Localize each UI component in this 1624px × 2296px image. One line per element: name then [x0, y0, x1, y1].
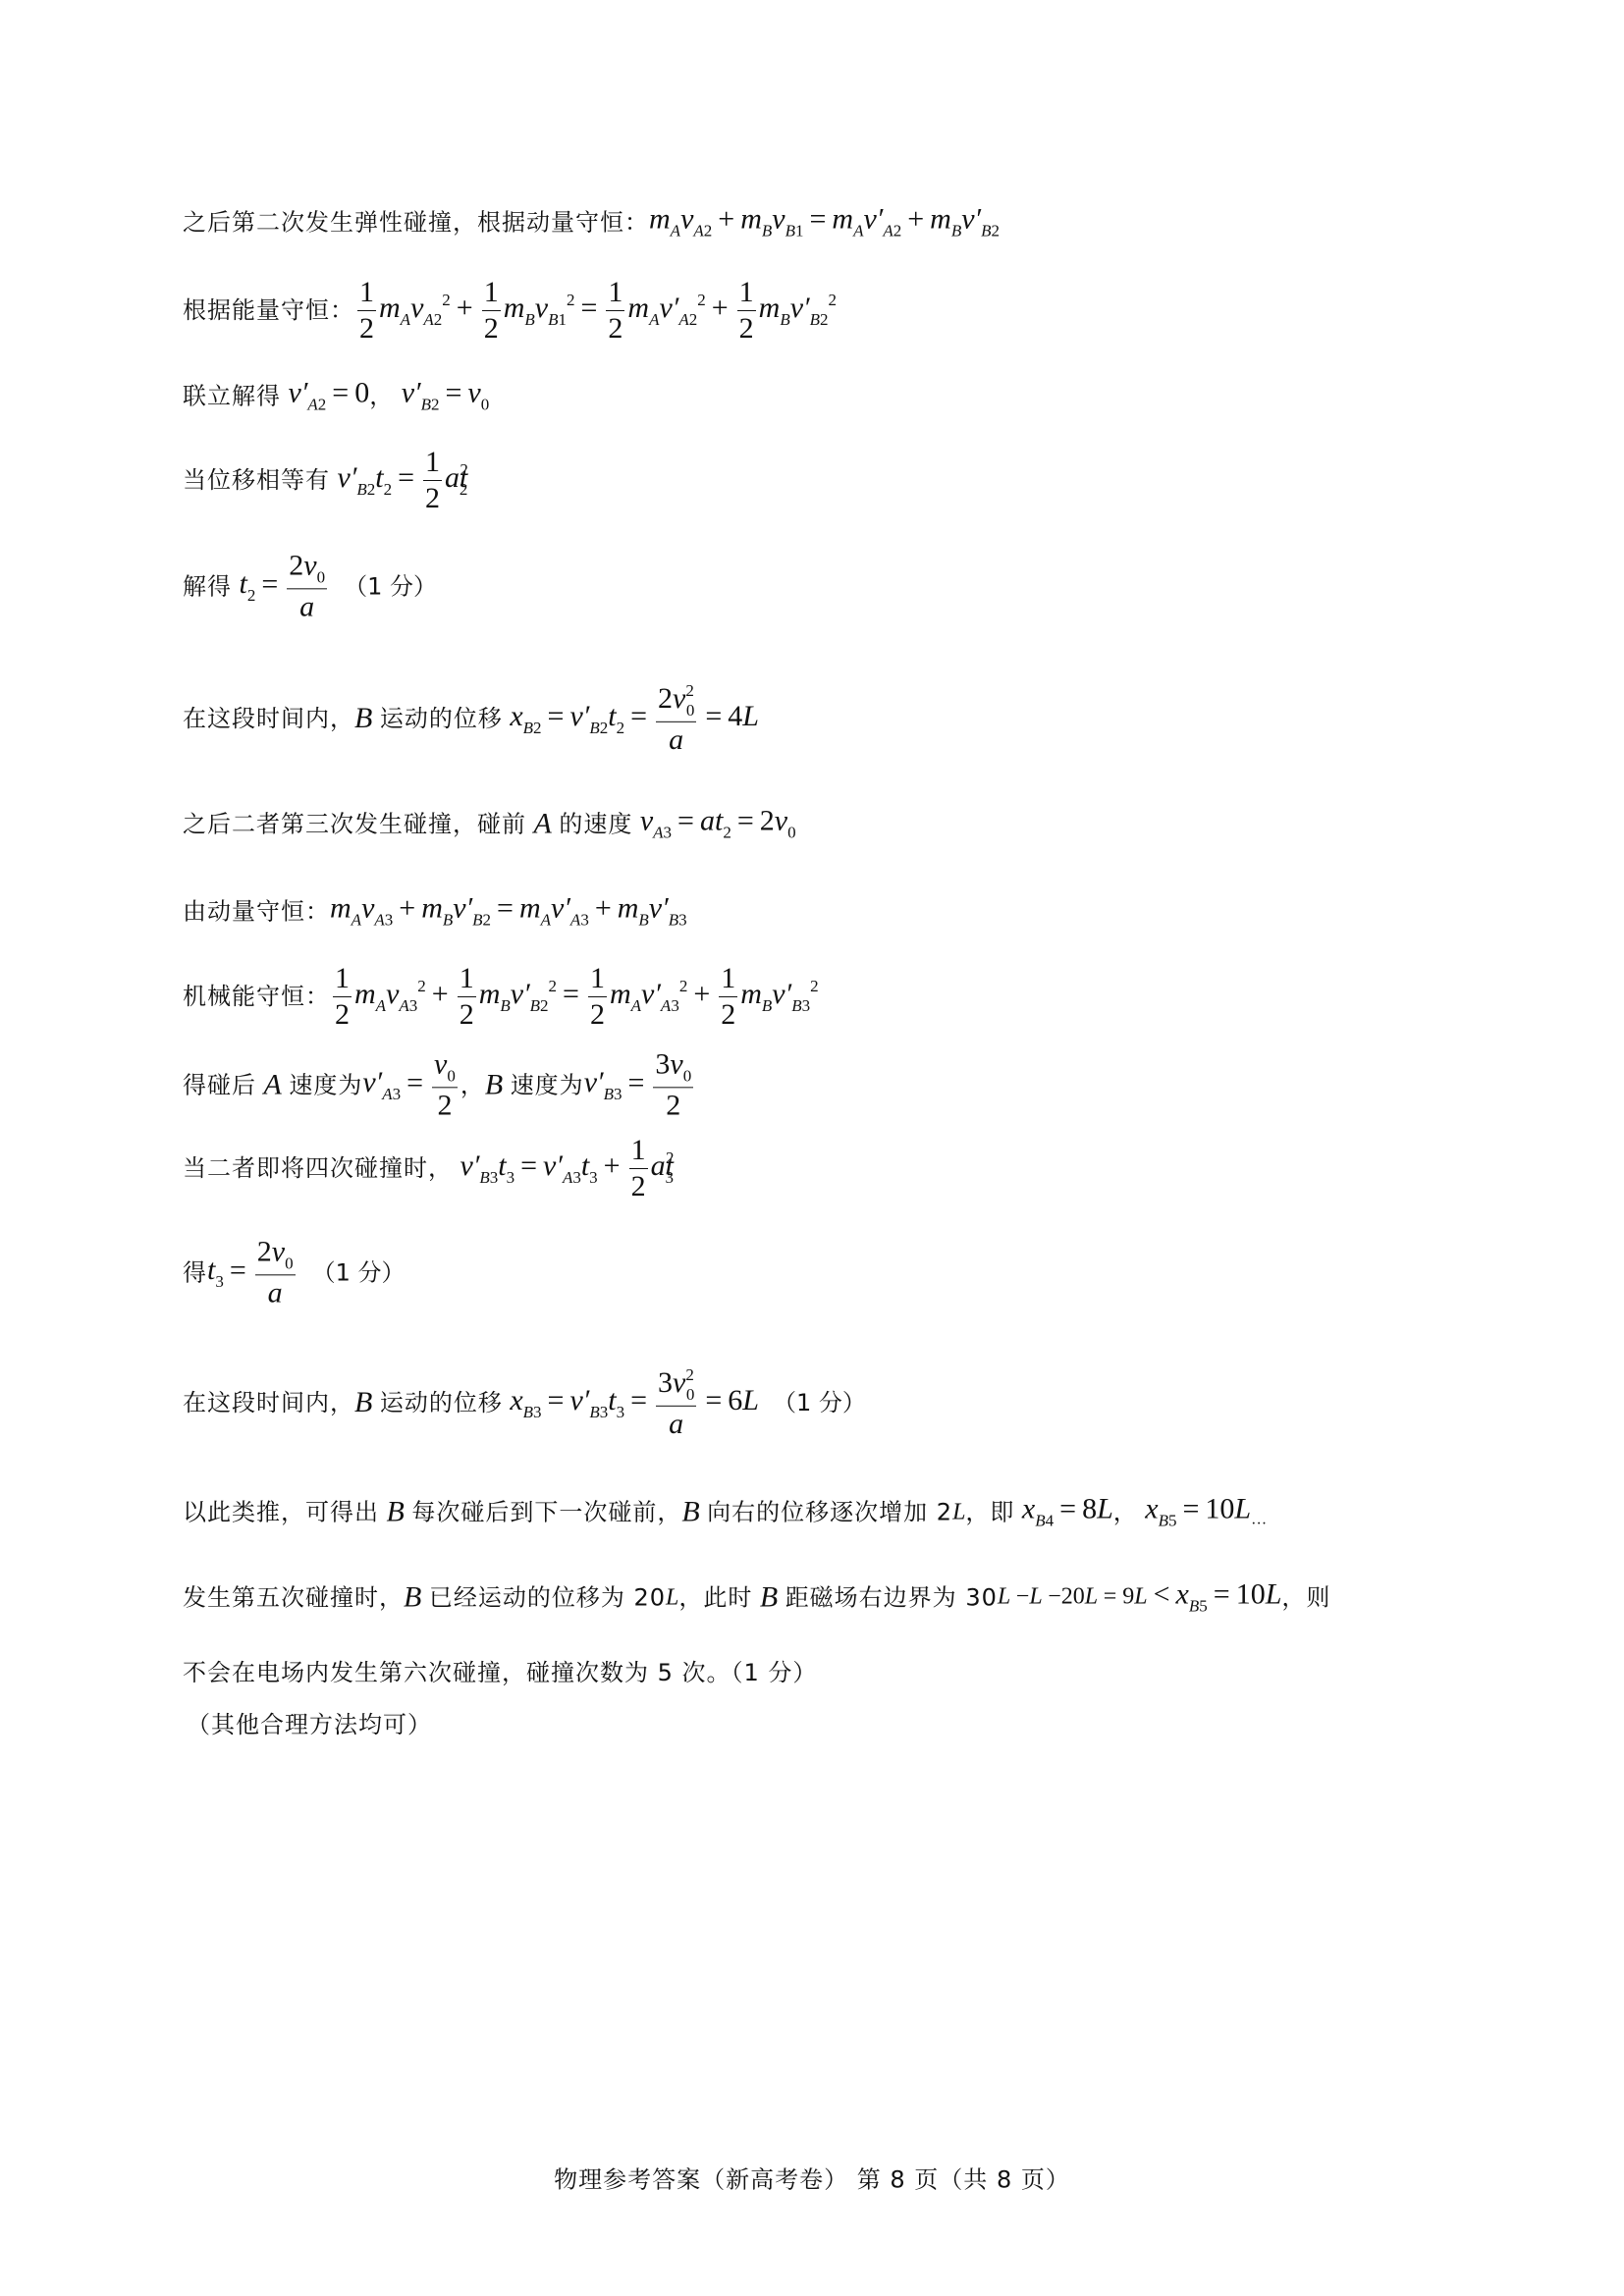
line-label: 已经运动的位移为 20	[429, 1585, 666, 1609]
xb2-displacement: 在这段时间内， B 运动的位移 xB2=v′B2t2=2v20a=4L	[183, 682, 759, 755]
post-collision-velocities: 得碰后 A 速度为 v′A3=v02 ， B 速度为 v′B3=3v02	[183, 1048, 696, 1120]
line-label: 得碰后	[183, 1073, 256, 1096]
line-label: 由动量守恒：	[183, 899, 330, 923]
line-label: 的速度	[559, 812, 632, 835]
variable-b: B	[379, 1497, 411, 1526]
energy-conservation-line-3: 机械能守恒： 12mAvA32+12mBv′B22=12mAv′A32+12mB…	[183, 963, 819, 1030]
variable-a: A	[526, 809, 559, 838]
line-label: ，此时	[678, 1585, 752, 1609]
line-label: ，即	[965, 1500, 1014, 1523]
equation: xB3=v′B3t3=3v20a=6L	[503, 1366, 759, 1439]
line-label: 以此类推，可得出	[183, 1500, 379, 1523]
points-label: （1 分）	[773, 1391, 866, 1415]
equation: 12mAvA22+12mBvB12=12mAv′A22+12mBv′B22	[354, 277, 837, 344]
t2-solution: 解得 t2=2v0a （1 分）	[183, 550, 437, 621]
equation: t2=2v0a	[232, 550, 330, 621]
equation: mAvA3+mBv′B2=mAv′A3+mBv′B3	[330, 894, 687, 929]
points-label: （1 分）	[344, 574, 437, 598]
fifth-collision-analysis: 发生第五次碰撞时， B 已经运动的位移为 20 L ，此时 B 距磁场右边界为 …	[183, 1580, 1330, 1615]
separator: ，	[369, 384, 394, 407]
variable-l: L	[666, 1585, 678, 1609]
conclusion: 不会在电场内发生第六次碰撞，碰撞次数为 5 次。（1 分）	[183, 1661, 817, 1684]
page-footer: 物理参考答案（新高考卷） 第 8 页（共 8 页）	[0, 2161, 1624, 2195]
solution-line-2: 联立解得 v′A2=0 ， v′B2=v0	[183, 379, 489, 413]
va3-velocity: 之后二者第三次发生碰撞，碰前 A 的速度 vA3=at2=2v0	[183, 807, 796, 841]
pattern-inference: 以此类推，可得出 B 每次碰后到下一次碰前， B 向右的位移逐次增加 2 L ，…	[183, 1495, 1267, 1529]
line-label: 运动的位移	[380, 707, 503, 730]
line-label: 每次碰后到下一次碰前，	[411, 1500, 681, 1523]
line-label: 向右的位移逐次增加 2	[707, 1500, 952, 1523]
equation: mAvA2+mBvB1=mAv′A2+mBv′B2	[649, 205, 1000, 240]
line-label: 在这段时间内，	[183, 707, 354, 730]
line-label: 速度为	[289, 1073, 362, 1096]
variable-b: B	[354, 1388, 380, 1417]
variable-l: L	[952, 1500, 965, 1523]
line-label: 在这段时间内，	[183, 1391, 354, 1415]
equation: v′B2t2=12at22	[330, 447, 467, 513]
line-label: 速度为	[511, 1073, 584, 1096]
equation: v′A2=0	[281, 379, 369, 413]
variable-a: A	[256, 1070, 289, 1099]
line-label: 之后第二次发生弹性碰撞，根据动量守恒：	[183, 210, 649, 234]
separator: ，	[460, 1073, 485, 1096]
line-label: 距磁场右边界为 30	[785, 1585, 998, 1609]
line-label: 解得	[183, 574, 232, 598]
t3-solution: 得 t3=2v0a （1 分）	[183, 1236, 406, 1308]
variable-b: B	[681, 1497, 707, 1526]
equation: t3=2v0a	[207, 1236, 298, 1308]
equation: vA3=at2=2v0	[632, 807, 795, 841]
equation: 12mAvA32+12mBv′B22=12mAv′A32+12mBv′B32	[330, 963, 819, 1030]
variable-b: B	[752, 1582, 785, 1612]
equation: v′B2=v0	[394, 379, 489, 413]
momentum-conservation-line-3: 由动量守恒： mAvA3+mBv′B2=mAv′A3+mBv′B3	[183, 894, 687, 929]
line-label: ，则	[1281, 1585, 1330, 1609]
variable-b: B	[404, 1582, 429, 1612]
equation: xB5=10L…	[1138, 1495, 1267, 1529]
line-label: 不会在电场内发生第六次碰撞，碰撞次数为 5 次。（1 分）	[183, 1661, 817, 1684]
equation: xB2=v′B2t2=2v20a=4L	[503, 682, 759, 755]
equation: L −L −20L = 9L<xB5=10L	[998, 1580, 1282, 1615]
equation: v′A3=v02	[362, 1048, 460, 1120]
alternative-methods-note: （其他合理方法均可）	[187, 1713, 432, 1736]
points-label: （1 分）	[312, 1260, 406, 1284]
separator: ，	[1113, 1500, 1138, 1523]
xb3-displacement: 在这段时间内， B 运动的位移 xB3=v′B3t3=3v20a=6L （1 分…	[183, 1366, 866, 1439]
line-label: （其他合理方法均可）	[187, 1713, 432, 1736]
variable-b: B	[354, 704, 380, 733]
line-label: 发生第五次碰撞时，	[183, 1585, 404, 1609]
line-label: 得	[183, 1260, 207, 1284]
line-label: 当位移相等有	[183, 468, 330, 492]
line-label: 当二者即将四次碰撞时，	[183, 1156, 453, 1180]
line-label: 机械能守恒：	[183, 985, 330, 1008]
line-label: 运动的位移	[380, 1391, 503, 1415]
displacement-equal-line-2: 当位移相等有 v′B2t2=12at22	[183, 447, 467, 513]
equation: v′B3t3=v′A3t3+12at23	[453, 1135, 674, 1201]
energy-conservation-line-2: 根据能量守恒： 12mAvA22+12mBvB12=12mAv′A22+12mB…	[183, 277, 837, 344]
variable-b: B	[485, 1070, 511, 1099]
line-label: 联立解得	[183, 384, 281, 407]
equation: v′B3=3v02	[584, 1048, 697, 1120]
fourth-collision-condition: 当二者即将四次碰撞时， v′B3t3=v′A3t3+12at23	[183, 1135, 674, 1201]
equation: xB4=8L	[1014, 1495, 1112, 1529]
line-label: 根据能量守恒：	[183, 298, 354, 322]
line-label: 之后二者第三次发生碰撞，碰前	[183, 812, 526, 835]
momentum-conservation-line-2: 之后第二次发生弹性碰撞，根据动量守恒： mAvA2+mBvB1=mAv′A2+m…	[183, 205, 1000, 240]
